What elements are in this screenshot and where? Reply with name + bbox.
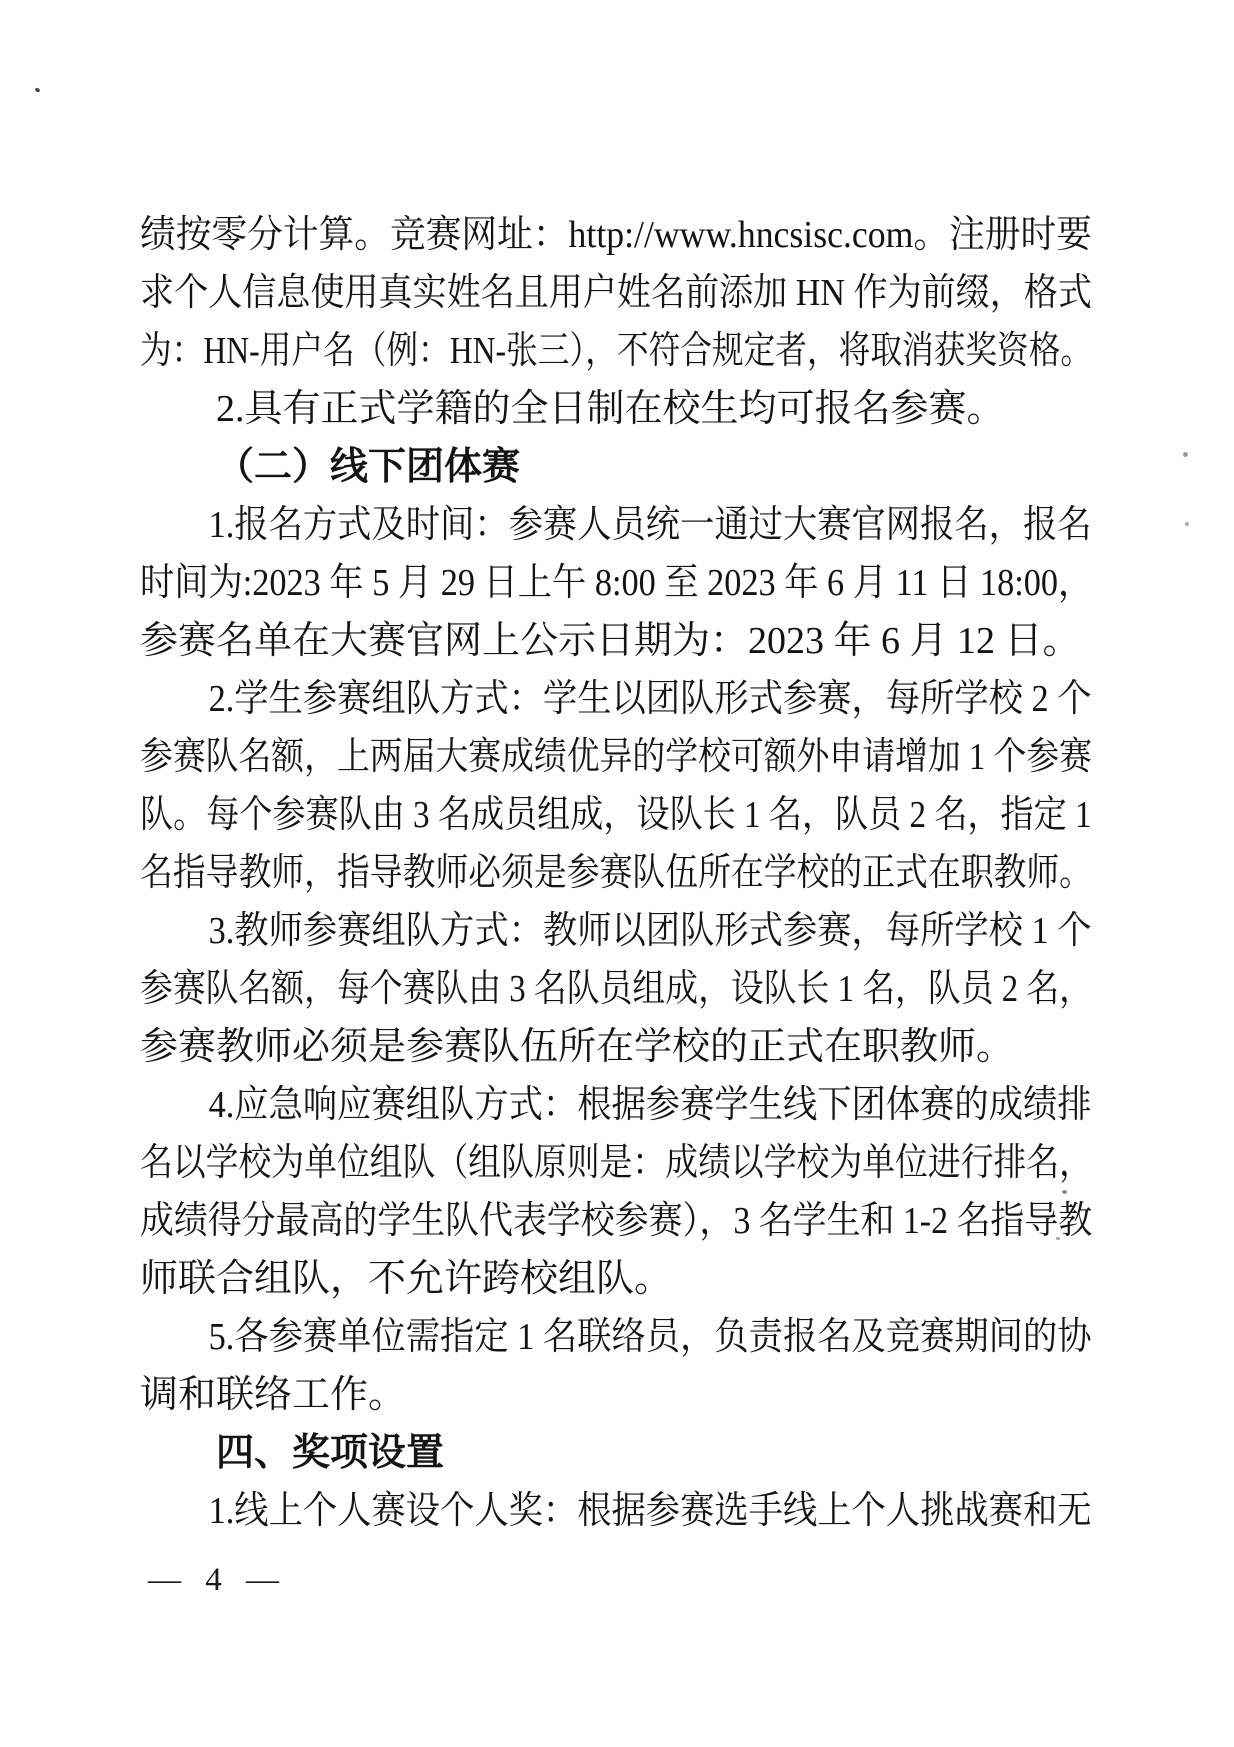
text-line: 队。每个参赛队由 3 名成员组成，设队长 1 名，队员 2 名，指定 1 [140,786,969,844]
text-line: 参赛名单在大赛官网上公示日期为：2023 年 6 月 12 日。 [140,612,1092,670]
text-line: 4.应急响应赛组队方式：根据参赛学生线下团体赛的成绩排 [140,1076,999,1134]
text-line: 名以学校为单位组队（组队原则是：成绩以学校为单位进行排名， [140,1134,962,1192]
scan-artifact [1183,452,1188,457]
text-line: 1.线上个人赛设个人奖：根据参赛选手线上个人挑战赛和无 [140,1482,999,1540]
text-line: 2.学生参赛组队方式：学生以团队形式参赛，每所学校 2 个 [140,670,999,728]
text-line: 名指导教师，指导教师必须是参赛队伍所在学校的正式在职教师。 [140,844,962,902]
text-line: 5.各参赛单位需指定 1 名联络员，负责报名及竞赛期间的协 [140,1308,999,1366]
document-body: 绩按零分计算。竞赛网址：http://www.hncsisc.com。注册时要 … [140,206,1092,1540]
text-line: 为：HN-用户名（例：HN-张三），不符合规定者，将取消获奖资格。 [140,322,934,380]
text-line: 参赛队名额，每个赛队由 3 名队员组成，设队长 1 名，队员 2 名， [140,960,962,1018]
text-line: 求个人信息使用真实姓名且用户姓名前添加 HN 作为前缀，格式 [140,264,993,322]
scanned-document-page: 绩按零分计算。竞赛网址：http://www.hncsisc.com。注册时要 … [0,0,1234,1747]
text-line: 调和联络工作。 [140,1366,1092,1424]
text-line: 参赛教师必须是参赛队伍所在学校的正式在职教师。 [140,1018,1092,1076]
text-line: 参赛队名额，上两届大赛成绩优异的学校可额外申请增加 1 个参赛 [140,728,962,786]
scan-artifact [1185,522,1189,526]
section-heading: 四、奖项设置 [140,1424,1092,1482]
scan-artifact [34,87,40,93]
text-line: 师联合组队，不允许跨校组队。 [140,1250,1092,1308]
text-line: 时间为:2023 年 5 月 29 日上午 8:00 至 2023 年 6 月 … [140,554,998,612]
text-line: 绩按零分计算。竞赛网址：http://www.hncsisc.com。注册时要 [140,206,1035,264]
text-line: 1.报名方式及时间：参赛人员统一通过大赛官网报名，报名 [140,496,999,554]
section-heading: （二）线下团体赛 [140,438,1092,496]
text-line: 3.教师参赛组队方式：教师以团队形式参赛，每所学校 1 个 [140,902,999,960]
text-line: 成绩得分最高的学生队代表学校参赛），3 名学生和 1-2 名指导教 [140,1192,989,1250]
text-line: 2.具有正式学籍的全日制在校生均可报名参赛。 [140,380,1092,438]
page-number: — 4 — [148,1562,287,1599]
